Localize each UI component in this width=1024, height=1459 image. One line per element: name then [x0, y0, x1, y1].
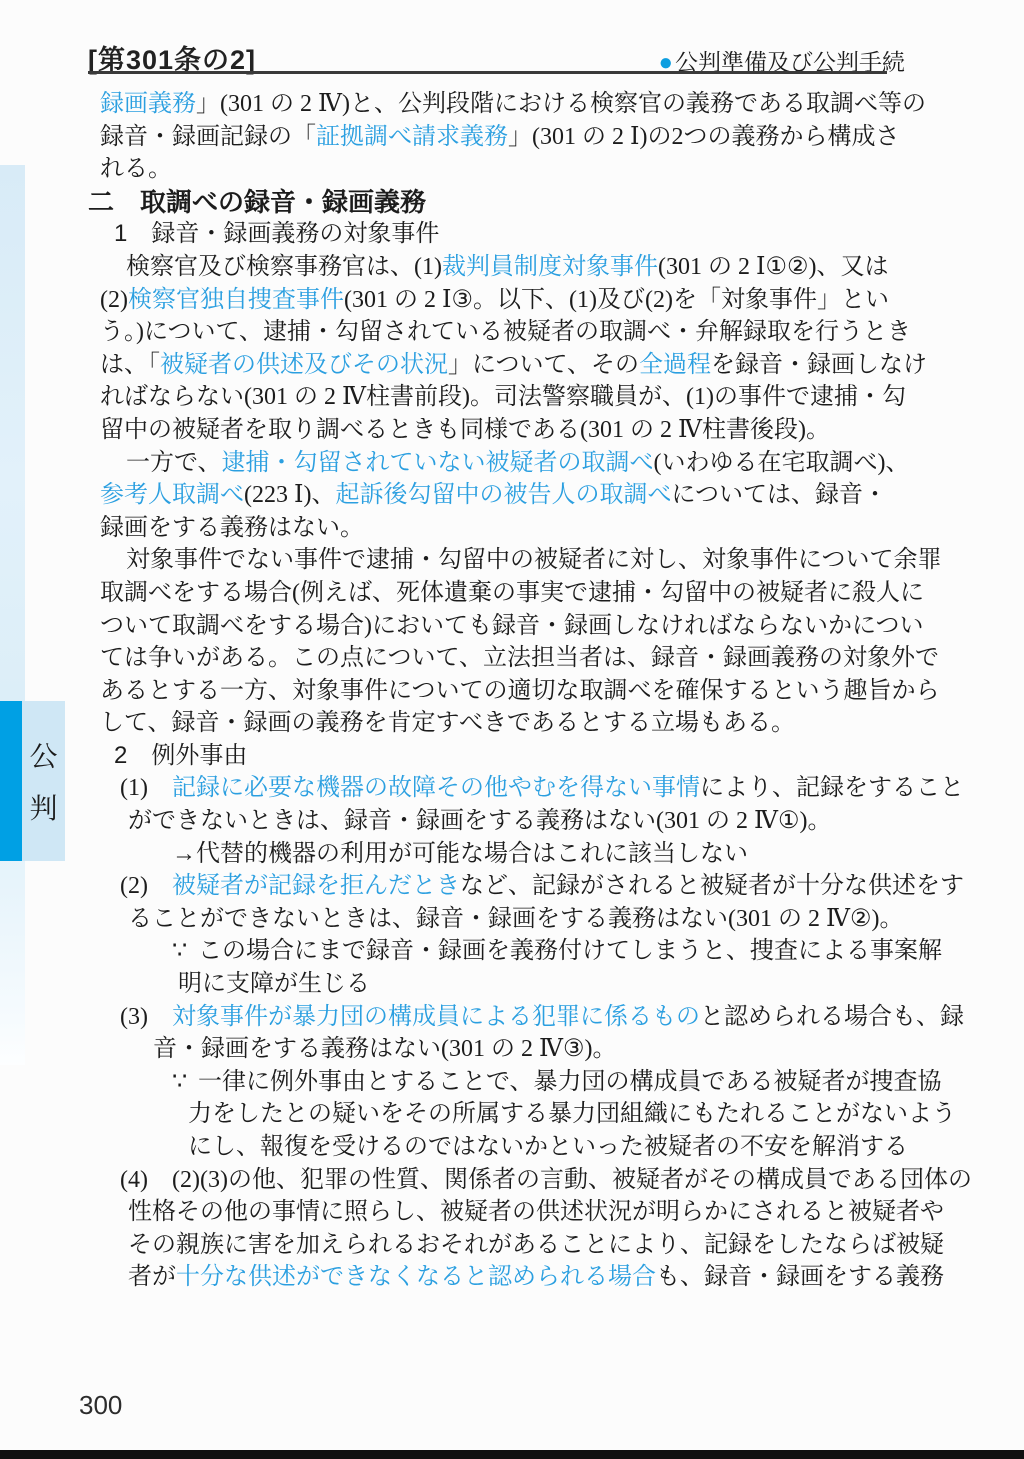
- text-line: (1)記録に必要な機器の故障その他やむを得ない事情により、記録をすること: [100, 772, 960, 805]
- text-segment: 性格その他の事情に照らし、被疑者の供述状況が明らかにされると被疑者や: [128, 1199, 944, 1225]
- text-line: 2 例外事由: [100, 740, 960, 773]
- text-line: 明に支障が生じる: [100, 968, 960, 1001]
- text-line: ては争いがある。この点について、立法担当者は、録音・録画義務の対象外で: [100, 642, 960, 675]
- text-segment: (2): [100, 287, 128, 313]
- text-segment: (301 の 2 Ⅰ③。以下、(1)及び(2)を「対象事件」とい: [344, 287, 889, 313]
- text-segment: 留中の被疑者を取り調べるときも同様である(301 の 2 Ⅳ柱書後段)。: [100, 417, 830, 443]
- text-segment: その親族に害を加えられるおそれがあることにより、記録をしたならば被疑: [128, 1232, 944, 1258]
- text-segment: 音・録画をする義務はない(301 の 2 Ⅳ③)。: [153, 1036, 616, 1062]
- text-line: (2)検察官独自捜査事件(301 の 2 Ⅰ③。以下、(1)及び(2)を「対象事…: [100, 284, 960, 317]
- text-line: ができないときは、録音・録画をする義務はない(301 の 2 Ⅳ①)。: [100, 805, 960, 838]
- text-line: →代替的機器の利用が可能な場合はこれに該当しない: [100, 838, 960, 871]
- text-segment: 一方で、: [126, 450, 222, 476]
- text-line: 音・録画をする義務はない(301 の 2 Ⅳ③)。: [100, 1033, 960, 1066]
- text-block: 録画義務」(301 の 2 Ⅳ)と、公判段階における検察官の義務である取調べ等の…: [100, 88, 960, 1294]
- text-line: 参考人取調べ(223 Ⅰ)、起訴後勾留中の被告人の取調べについては、録音・: [100, 479, 960, 512]
- text-segment: など、記録がされると被疑者が十分な供述をす: [460, 873, 964, 899]
- text-line: ∵一律に例外事由とすることで、暴力団の構成員である被疑者が捜査協: [100, 1066, 960, 1099]
- text-segment: (301 の 2 Ⅰ①②)、又は: [658, 254, 889, 280]
- list-marker: (4): [120, 1164, 172, 1197]
- text-segment: と認められる場合も、録: [700, 1004, 964, 1030]
- text-segment: 取調べをする場合(例えば、死体遺棄の事実で逮捕・勾留中の被疑者に殺人に: [100, 580, 924, 606]
- highlighted-term: 対象事件が暴力団の構成員による犯罪に係るもの: [172, 1004, 700, 1030]
- text-line: 力をしたとの疑いをその所属する暴力団組織にもたれることがないよう: [100, 1098, 960, 1131]
- text-segment: 」について、その: [448, 352, 639, 378]
- text-segment: 」(301 の 2 Ⅰ)の2つの義務から構成さ: [508, 124, 899, 150]
- text-segment: 録音・録画記録の「: [100, 124, 316, 150]
- text-segment: ては争いがある。この点について、立法担当者は、録音・録画義務の対象外で: [100, 645, 939, 671]
- text-line: 録画をする義務はない。: [100, 512, 960, 545]
- text-segment: (223 Ⅰ)、: [244, 482, 335, 508]
- highlighted-term: 起訴後勾留中の被告人の取調べ: [335, 482, 671, 508]
- text-line: (4)(2)(3)の他、犯罪の性質、関係者の言動、被疑者がその構成員である団体の: [100, 1164, 960, 1197]
- highlighted-term: 検察官独自捜査事件: [128, 287, 344, 313]
- text-segment: により、記録をすること: [700, 775, 964, 801]
- text-segment: ができないときは、録音・録画をする義務はない(301 の 2 Ⅳ①)。: [128, 808, 831, 834]
- text-line: 留中の被疑者を取り調べるときも同様である(301 の 2 Ⅳ柱書後段)。: [100, 414, 960, 447]
- text-line: は、「被疑者の供述及びその状況」について、その全過程を録音・録画しなけ: [100, 349, 960, 382]
- highlighted-term: 証拠調べ請求義務: [316, 124, 508, 150]
- text-line: ればならない(301 の 2 Ⅳ柱書前段)。司法警察職員が、(1)の事件で逮捕・…: [100, 381, 960, 414]
- text-line: 対象事件でない事件で逮捕・勾留中の被疑者に対し、対象事件について余罪: [100, 544, 960, 577]
- sidebar-tab-char: 公: [29, 735, 57, 775]
- list-marker: (3): [120, 1001, 172, 1034]
- text-segment: にし、報復を受けるのではないかといった被疑者の不安を解消する: [188, 1134, 908, 1160]
- text-line: (3)対象事件が暴力団の構成員による犯罪に係るものと認められる場合も、録: [100, 1001, 960, 1034]
- text-segment: (2)(3)の他、犯罪の性質、関係者の言動、被疑者がその構成員である団体の: [172, 1167, 972, 1193]
- list-marker: (1): [120, 772, 172, 805]
- text-line: 録音・録画記録の「証拠調べ請求義務」(301 の 2 Ⅰ)の2つの義務から構成さ: [100, 121, 960, 154]
- text-segment: 」(301 の 2 Ⅳ)と、公判段階における検察官の義務である取調べ等の: [196, 91, 926, 117]
- text-line: 一方で、逮捕・勾留されていない被疑者の取調べ(いわゆる在宅取調べ)、: [100, 447, 960, 480]
- highlighted-term: 参考人取調べ: [100, 482, 244, 508]
- sidebar-dark-block: [0, 701, 22, 861]
- footer-page-number: 300: [79, 1390, 122, 1421]
- highlighted-term: 被疑者の供述及びその状況: [160, 352, 448, 378]
- text-segment: 2 例外事由: [114, 742, 247, 769]
- list-marker: (2): [120, 870, 172, 903]
- text-segment: 対象事件でない事件で逮捕・勾留中の被疑者に対し、対象事件について余罪: [126, 547, 942, 573]
- text-segment: 一律に例外事由とすることで、暴力団の構成員である被疑者が捜査協: [198, 1069, 942, 1095]
- text-segment: (いわゆる在宅取調べ)、: [654, 450, 910, 476]
- text-line: して、録音・録画の義務を肯定すべきであるとする立場もある。: [100, 707, 960, 740]
- text-line: 取調べをする場合(例えば、死体遺棄の事実で逮捕・勾留中の被疑者に殺人に: [100, 577, 960, 610]
- text-line: ることができないときは、録音・録画をする義務はない(301 の 2 Ⅳ②)。: [100, 903, 960, 936]
- text-segment: して、録音・録画の義務を肯定すべきであるとする立場もある。: [100, 710, 795, 736]
- header-rule: [88, 71, 887, 74]
- text-segment: 明に支障が生じる: [178, 971, 370, 997]
- text-segment: 者が: [128, 1264, 176, 1290]
- highlighted-term: 十分な供述ができなくなると認められる場合: [176, 1264, 656, 1290]
- text-segment: 力をしたとの疑いをその所属する暴力団組織にもたれることがないよう: [188, 1101, 956, 1127]
- text-segment: 録画をする義務はない。: [100, 515, 364, 541]
- text-segment: は、「: [100, 352, 160, 378]
- text-line: 者が十分な供述ができなくなると認められる場合も、録音・録画をする義務: [100, 1261, 960, 1294]
- highlighted-term: 記録に必要な機器の故障その他やむを得ない事情: [172, 775, 700, 801]
- text-segment: この場合にまで録音・録画を義務付けてしまうと、捜査による事案解: [198, 938, 942, 964]
- text-segment: も、録音・録画をする義務: [656, 1264, 944, 1290]
- text-line: 録画義務」(301 の 2 Ⅳ)と、公判段階における検察官の義務である取調べ等の: [100, 88, 960, 121]
- text-segment: ることができないときは、録音・録画をする義務はない(301 の 2 Ⅳ②)。: [128, 906, 903, 932]
- text-line: 1 録音・録画義務の対象事件: [100, 218, 960, 251]
- text-line: ∵この場合にまで録音・録画を義務付けてしまうと、捜査による事案解: [100, 935, 960, 968]
- text-segment: う。)について、逮捕・勾留されている被疑者の取調べ・弁解録取を行うとき: [100, 319, 911, 345]
- text-line: ついて取調べをする場合)においても録音・録画しなければならないかについ: [100, 610, 960, 643]
- bottom-bar: [0, 1450, 1024, 1459]
- text-segment: れる。: [100, 156, 172, 182]
- highlighted-term: 録画義務: [100, 91, 196, 117]
- text-segment: 検察官及び検察事務官は、(1): [126, 254, 442, 280]
- sidebar-tab-kouhan: 公 判: [22, 701, 65, 861]
- text-segment: →代替的機器の利用が可能な場合はこれに該当しない: [172, 841, 748, 867]
- text-line: う。)について、逮捕・勾留されている被疑者の取調べ・弁解録取を行うとき: [100, 316, 960, 349]
- text-segment: を録音・録画しなけ: [711, 352, 927, 378]
- text-line: その親族に害を加えられるおそれがあることにより、記録をしたならば被疑: [100, 1229, 960, 1262]
- sidebar-strip: [0, 165, 25, 1065]
- highlighted-term: 裁判員制度対象事件: [442, 254, 658, 280]
- highlighted-term: 逮捕・勾留されていない被疑者の取調べ: [222, 450, 654, 476]
- text-line: にし、報復を受けるのではないかといった被疑者の不安を解消する: [100, 1131, 960, 1164]
- list-marker: ∵: [172, 935, 198, 968]
- highlighted-term: 全過程: [639, 352, 711, 378]
- text-line: 二 取調べの録音・録画義務: [88, 186, 960, 219]
- list-marker: ∵: [172, 1066, 198, 1099]
- highlighted-term: 被疑者が記録を拒んだとき: [172, 873, 460, 899]
- text-line: 検察官及び検察事務官は、(1)裁判員制度対象事件(301 の 2 Ⅰ①②)、又は: [100, 251, 960, 284]
- text-segment: ついて取調べをする場合)においても録音・録画しなければならないかについ: [100, 613, 924, 639]
- text-segment: 1 録音・録画義務の対象事件: [114, 220, 439, 247]
- text-line: (2)被疑者が記録を拒んだときなど、記録がされると被疑者が十分な供述をす: [100, 870, 960, 903]
- text-line: あるとする一方、対象事件についての適切な取調べを確保するという趣旨から: [100, 675, 960, 708]
- sidebar-tab-char: 判: [29, 787, 57, 827]
- text-segment: については、録音・: [671, 482, 887, 508]
- text-segment: ればならない(301 の 2 Ⅳ柱書前段)。司法警察職員が、(1)の事件で逮捕・…: [100, 384, 906, 410]
- text-segment: 二 取調べの録音・録画義務: [88, 187, 426, 217]
- text-line: 性格その他の事情に照らし、被疑者の供述状況が明らかにされると被疑者や: [100, 1196, 960, 1229]
- text-line: れる。: [100, 153, 960, 186]
- text-segment: あるとする一方、対象事件についての適切な取調べを確保するという趣旨から: [100, 678, 940, 704]
